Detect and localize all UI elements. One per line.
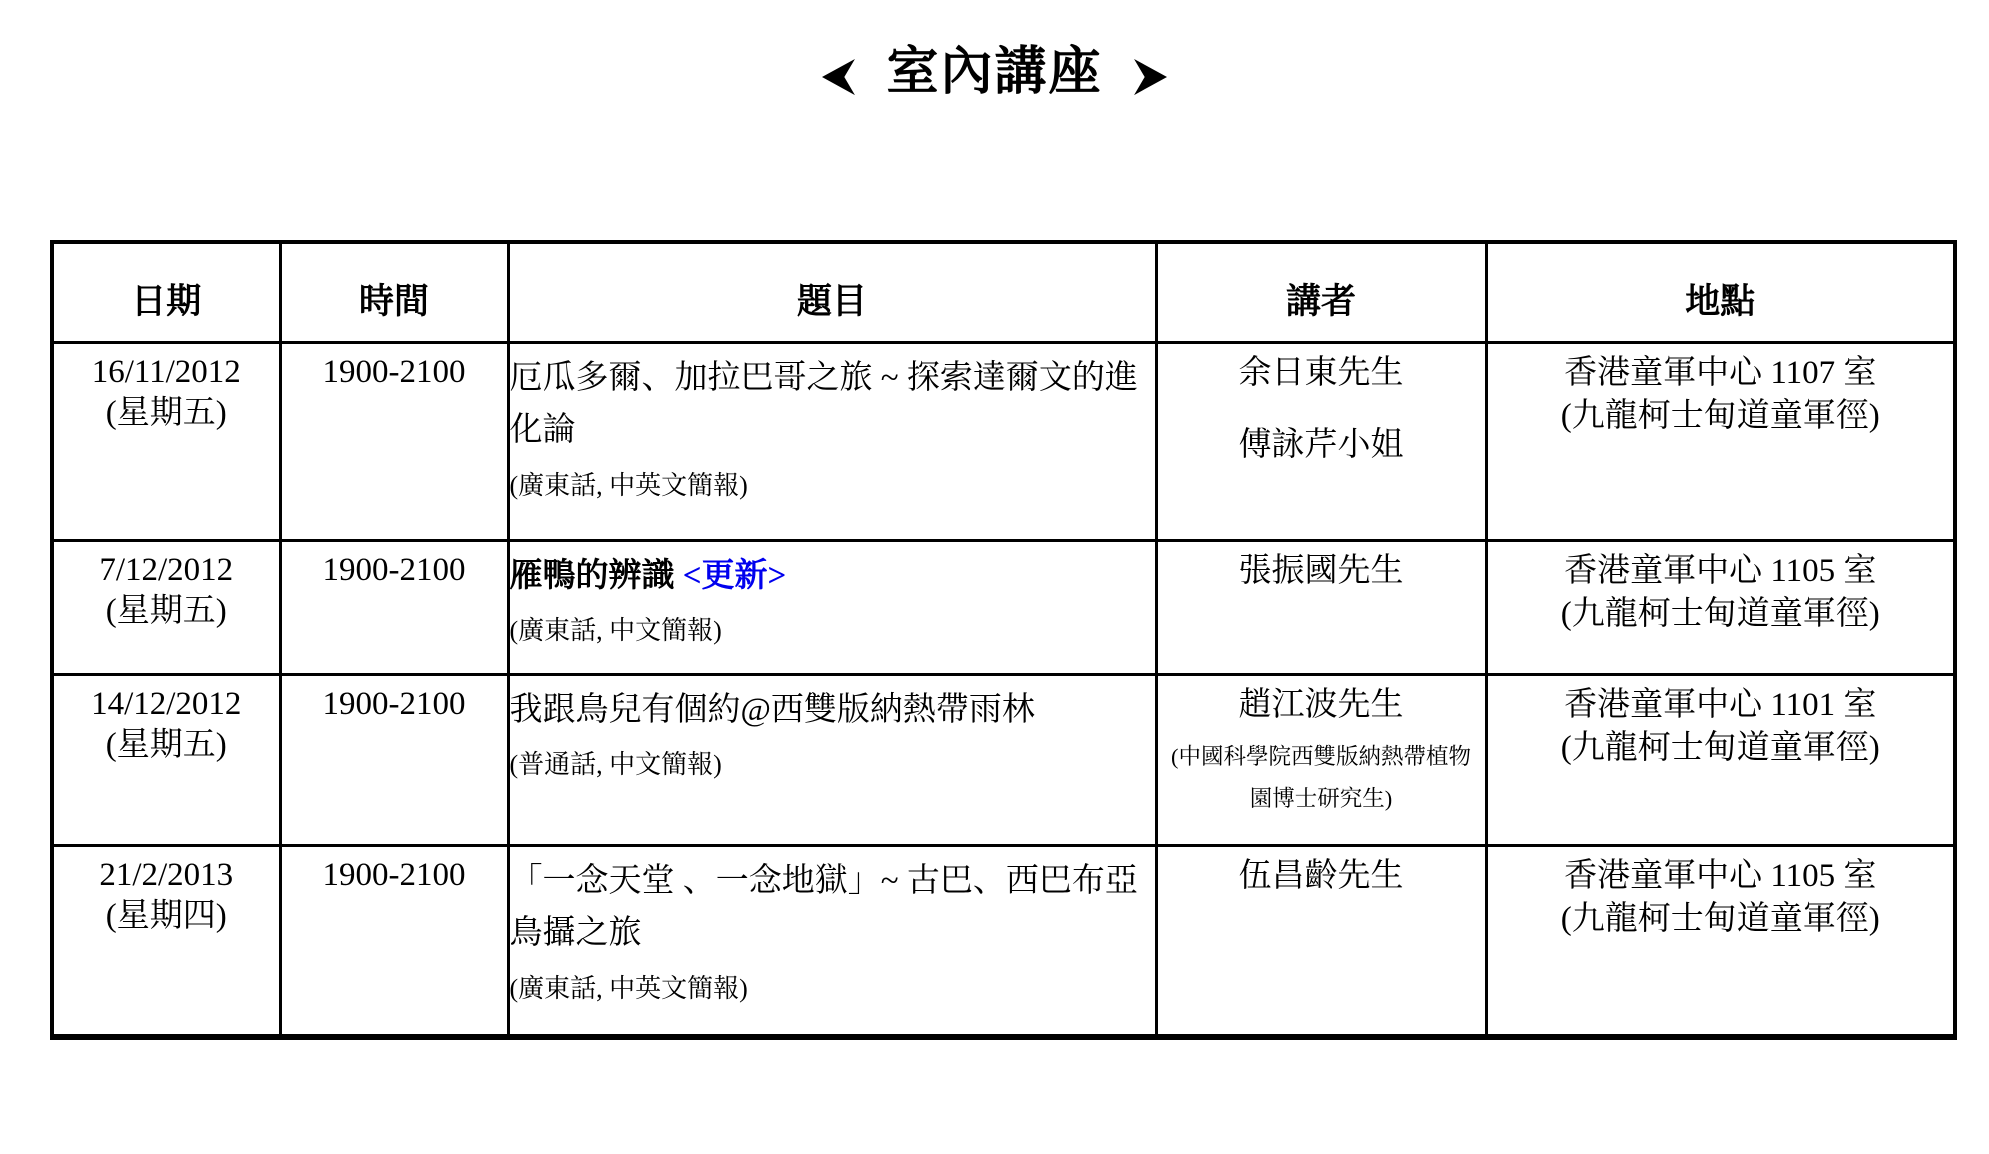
header-speaker: 講者 bbox=[1156, 242, 1486, 342]
weekday-value: (星期五) bbox=[54, 591, 279, 632]
location-name: 香港童軍中心 1101 室 bbox=[1488, 684, 1954, 728]
location-cell: 香港童軍中心 1105 室 (九龍柯士甸道童軍徑) bbox=[1486, 845, 1955, 1037]
location-name: 香港童軍中心 1107 室 bbox=[1488, 352, 1954, 396]
topic-cell: 雁鴨的辨識 <更新> (廣東話, 中文簡報) bbox=[508, 540, 1156, 674]
speaker-name: 張振國先生 bbox=[1158, 550, 1485, 593]
weekday-value: (星期五) bbox=[54, 725, 279, 766]
date-cell: 7/12/2012 (星期五) bbox=[52, 540, 280, 674]
header-topic: 題目 bbox=[508, 242, 1156, 342]
speaker-cell: 余日東先生 傅詠芹小姐 bbox=[1156, 342, 1486, 540]
location-cell: 香港童軍中心 1107 室 (九龍柯士甸道童軍徑) bbox=[1486, 342, 1955, 540]
topic-cell: 「一念天堂 、一念地獄」~ 古巴、西巴布亞鳥攝之旅 (廣東話, 中英文簡報) bbox=[508, 845, 1156, 1037]
topic-language-note: (普通話, 中文簡報) bbox=[510, 748, 1155, 782]
location-address: (九龍柯士甸道童軍徑) bbox=[1488, 898, 1954, 942]
header-time: 時間 bbox=[280, 242, 508, 342]
weekday-value: (星期五) bbox=[54, 393, 279, 434]
topic-title: 厄瓜多爾、加拉巴哥之旅 ~ 探索達爾文的進化論 bbox=[510, 352, 1155, 458]
time-value: 1900-2100 bbox=[282, 684, 507, 725]
topic-title: 雁鴨的辨識 bbox=[510, 558, 675, 594]
topic-cell: 我跟鳥兒有個約@西雙版納熱帶雨林 (普通話, 中文簡報) bbox=[508, 674, 1156, 845]
date-value: 14/12/2012 bbox=[54, 684, 279, 725]
left-arrow-icon bbox=[822, 56, 856, 98]
time-cell: 1900-2100 bbox=[280, 845, 508, 1037]
time-value: 1900-2100 bbox=[282, 352, 507, 393]
location-address: (九龍柯士甸道童軍徑) bbox=[1488, 727, 1954, 771]
lecture-schedule-table: 日期 時間 題目 講者 地點 16/11/2012 (星期五) 1900-210… bbox=[50, 240, 1957, 1040]
time-value: 1900-2100 bbox=[282, 550, 507, 591]
topic-cell: 厄瓜多爾、加拉巴哥之旅 ~ 探索達爾文的進化論 (廣東話, 中英文簡報) bbox=[508, 342, 1156, 540]
topic-language-note: (廣東話, 中英文簡報) bbox=[510, 469, 1155, 503]
speaker-cell: 趙江波先生 (中國科學院西雙版納熱帶植物園博士研究生) bbox=[1156, 674, 1486, 845]
page-title-text: 室內講座 bbox=[886, 44, 1102, 101]
speaker-name: 趙江波先生 bbox=[1158, 684, 1485, 727]
topic-title: 「一念天堂 、一念地獄」~ 古巴、西巴布亞鳥攝之旅 bbox=[510, 855, 1155, 961]
date-cell: 21/2/2013 (星期四) bbox=[52, 845, 280, 1037]
right-arrow-icon bbox=[1133, 56, 1167, 98]
time-cell: 1900-2100 bbox=[280, 540, 508, 674]
page-title: 室內講座 bbox=[0, 44, 1989, 101]
time-cell: 1900-2100 bbox=[280, 674, 508, 845]
topic-title: 我跟鳥兒有個約@西雙版納熱帶雨林 bbox=[510, 684, 1155, 737]
date-cell: 14/12/2012 (星期五) bbox=[52, 674, 280, 845]
date-value: 16/11/2012 bbox=[54, 352, 279, 393]
location-cell: 香港童軍中心 1101 室 (九龍柯士甸道童軍徑) bbox=[1486, 674, 1955, 845]
location-cell: 香港童軍中心 1105 室 (九龍柯士甸道童軍徑) bbox=[1486, 540, 1955, 674]
header-location: 地點 bbox=[1486, 242, 1955, 342]
table-row: 21/2/2013 (星期四) 1900-2100 「一念天堂 、一念地獄」~ … bbox=[52, 845, 1955, 1037]
time-value: 1900-2100 bbox=[282, 855, 507, 896]
topic-language-note: (廣東話, 中英文簡報) bbox=[510, 972, 1155, 1006]
time-cell: 1900-2100 bbox=[280, 342, 508, 540]
speaker-cell: 張振國先生 bbox=[1156, 540, 1486, 674]
weekday-value: (星期四) bbox=[54, 896, 279, 937]
header-date: 日期 bbox=[52, 242, 280, 342]
location-address: (九龍柯士甸道童軍徑) bbox=[1488, 395, 1954, 439]
table-row: 16/11/2012 (星期五) 1900-2100 厄瓜多爾、加拉巴哥之旅 ~… bbox=[52, 342, 1955, 540]
header-row: 日期 時間 題目 講者 地點 bbox=[52, 242, 1955, 342]
speaker-name: 伍昌齡先生 bbox=[1158, 855, 1485, 898]
date-cell: 16/11/2012 (星期五) bbox=[52, 342, 280, 540]
table-row: 7/12/2012 (星期五) 1900-2100 雁鴨的辨識 <更新> (廣東… bbox=[52, 540, 1955, 674]
date-value: 21/2/2013 bbox=[54, 855, 279, 896]
speaker-name-2: 傅詠芹小姐 bbox=[1158, 424, 1485, 467]
location-address: (九龍柯士甸道童軍徑) bbox=[1488, 593, 1954, 637]
speaker-cell: 伍昌齡先生 bbox=[1156, 845, 1486, 1037]
update-tag: <更新> bbox=[683, 558, 787, 594]
location-name: 香港童軍中心 1105 室 bbox=[1488, 550, 1954, 594]
document-page: 室內講座 日期 時間 題目 講者 地點 16/11 bbox=[0, 0, 1989, 1154]
speaker-affiliation-note: (中國科學院西雙版納熱帶植物園博士研究生) bbox=[1158, 736, 1485, 819]
date-value: 7/12/2012 bbox=[54, 550, 279, 591]
speaker-name: 余日東先生 bbox=[1158, 352, 1485, 395]
topic-language-note: (廣東話, 中文簡報) bbox=[510, 614, 1155, 648]
location-name: 香港童軍中心 1105 室 bbox=[1488, 855, 1954, 899]
table-row: 14/12/2012 (星期五) 1900-2100 我跟鳥兒有個約@西雙版納熱… bbox=[52, 674, 1955, 845]
